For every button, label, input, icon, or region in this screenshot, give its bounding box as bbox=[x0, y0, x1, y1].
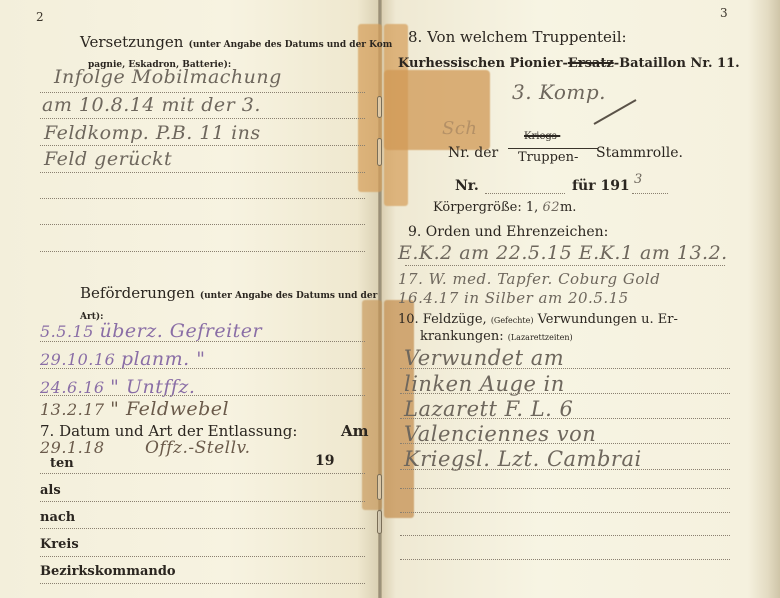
dotted-rule bbox=[40, 528, 365, 529]
dotted-rule bbox=[632, 193, 668, 194]
feldzuege-label: 10. Feldzüge, (Gefechte) Verwundungen u.… bbox=[398, 312, 678, 327]
befoerderungen-title: Beförderungen bbox=[80, 284, 195, 302]
dotted-rule bbox=[400, 512, 730, 513]
dotted-rule bbox=[400, 559, 730, 560]
truppenteil-label: 8. Von welchem Truppenteil: bbox=[408, 28, 627, 46]
wound-line: Verwundet am bbox=[404, 346, 564, 370]
year-digit: 3 bbox=[634, 172, 643, 187]
dotted-rule bbox=[40, 395, 365, 396]
discharge-date: 29.1.18 bbox=[40, 438, 105, 457]
stammrolle-struck: Kriegs- bbox=[524, 131, 560, 142]
fraction-line bbox=[508, 148, 598, 149]
befoerderungen-note: (unter Angabe des Datums und der bbox=[200, 291, 377, 301]
dotted-rule bbox=[400, 418, 730, 419]
dotted-rule bbox=[40, 224, 365, 225]
dotted-rule bbox=[40, 556, 365, 557]
promotion-entry: 13.2.17 " Feldwebel bbox=[40, 398, 229, 420]
dotted-rule bbox=[40, 251, 365, 252]
promotion-entry: 5.5.15 überz. Gefreiter bbox=[40, 320, 262, 342]
handwritten-line: am 10.8.14 mit der 3. bbox=[42, 94, 261, 116]
dotted-rule bbox=[405, 265, 725, 266]
dotted-rule bbox=[400, 535, 730, 536]
dotted-rule bbox=[40, 92, 365, 93]
befoerderungen-heading: Beförderungen (unter Angabe des Datums u… bbox=[80, 283, 377, 302]
stamp-fragment: Sch bbox=[442, 118, 478, 139]
document-spread: 2 Versetzungen (unter Angabe des Datums … bbox=[0, 0, 780, 598]
staple-icon bbox=[377, 138, 382, 166]
field-kreis: Kreis bbox=[40, 537, 79, 552]
height-value: 62 bbox=[542, 200, 560, 215]
entlassung-year: 19 bbox=[315, 453, 334, 469]
handwritten-line: Infolge Mobilmachung bbox=[54, 66, 282, 88]
versetzungen-heading: Versetzungen (unter Angabe des Datums un… bbox=[80, 32, 392, 51]
struck-word: Ersatz bbox=[568, 56, 614, 71]
dotted-rule bbox=[40, 118, 365, 119]
field-bezirkskommando: Bezirkskommando bbox=[40, 564, 176, 579]
promotion-entry: 29.10.16 planm. " bbox=[40, 348, 205, 370]
koerpergroesse: Körpergröße: 1, 62m. bbox=[433, 200, 576, 215]
dotted-rule bbox=[400, 488, 730, 489]
decorations-line: 17. W. med. Tapfer. Coburg Gold bbox=[398, 270, 660, 288]
dotted-rule bbox=[40, 172, 365, 173]
versetzungen-note: (unter Angabe des Datums und der Kom bbox=[189, 40, 393, 50]
field-als: als bbox=[40, 483, 61, 498]
dotted-rule bbox=[40, 145, 365, 146]
versetzungen-title: Versetzungen bbox=[80, 33, 183, 51]
dotted-rule bbox=[400, 393, 730, 394]
orden-label: 9. Orden und Ehrenzeichen: bbox=[408, 224, 608, 240]
decorations-line: 16.4.17 in Silber am 20.5.15 bbox=[398, 289, 629, 307]
dotted-rule bbox=[40, 473, 365, 474]
feldzuege-label-2: krankungen: (Lazarettzeiten) bbox=[420, 329, 573, 344]
nr-label: Nr. bbox=[455, 178, 479, 194]
stammrolle-suffix: Stammrolle. bbox=[596, 145, 683, 161]
staple-icon bbox=[377, 510, 382, 534]
dotted-rule bbox=[40, 368, 365, 369]
decorations-line: E.K.2 am 22.5.15 E.K.1 am 13.2. bbox=[398, 242, 728, 264]
dotted-rule bbox=[400, 368, 730, 369]
stammrolle-prefix: Nr. der bbox=[448, 145, 498, 161]
wound-line: Kriegsl. Lzt. Cambrai bbox=[404, 447, 642, 471]
dotted-rule bbox=[40, 198, 365, 199]
discharge-type: Offz.-Stellv. bbox=[145, 438, 251, 458]
dotted-rule bbox=[40, 501, 365, 502]
dotted-rule bbox=[400, 469, 730, 470]
page-number-right: 3 bbox=[720, 6, 728, 20]
entlassung-ten: ten bbox=[50, 456, 74, 471]
staple-icon bbox=[377, 96, 382, 118]
page-number-left: 2 bbox=[36, 10, 44, 24]
entlassung-am: Am bbox=[341, 422, 369, 440]
pen-stroke-icon bbox=[590, 96, 640, 128]
staple-icon bbox=[377, 474, 382, 500]
fuer-year: für 191 bbox=[572, 178, 630, 194]
stammrolle-under: Truppen- bbox=[518, 150, 578, 165]
dotted-rule bbox=[400, 443, 730, 444]
handwritten-line: Feld gerückt bbox=[44, 148, 172, 170]
dotted-rule bbox=[485, 193, 565, 194]
unit-name: Kurhessischen Pionier-Ersatz-Bataillon N… bbox=[398, 56, 740, 71]
dotted-rule bbox=[40, 583, 365, 584]
field-nach: nach bbox=[40, 510, 75, 525]
handwritten-line: Feldkomp. P.B. 11 ins bbox=[44, 122, 261, 144]
dotted-rule bbox=[40, 341, 365, 342]
